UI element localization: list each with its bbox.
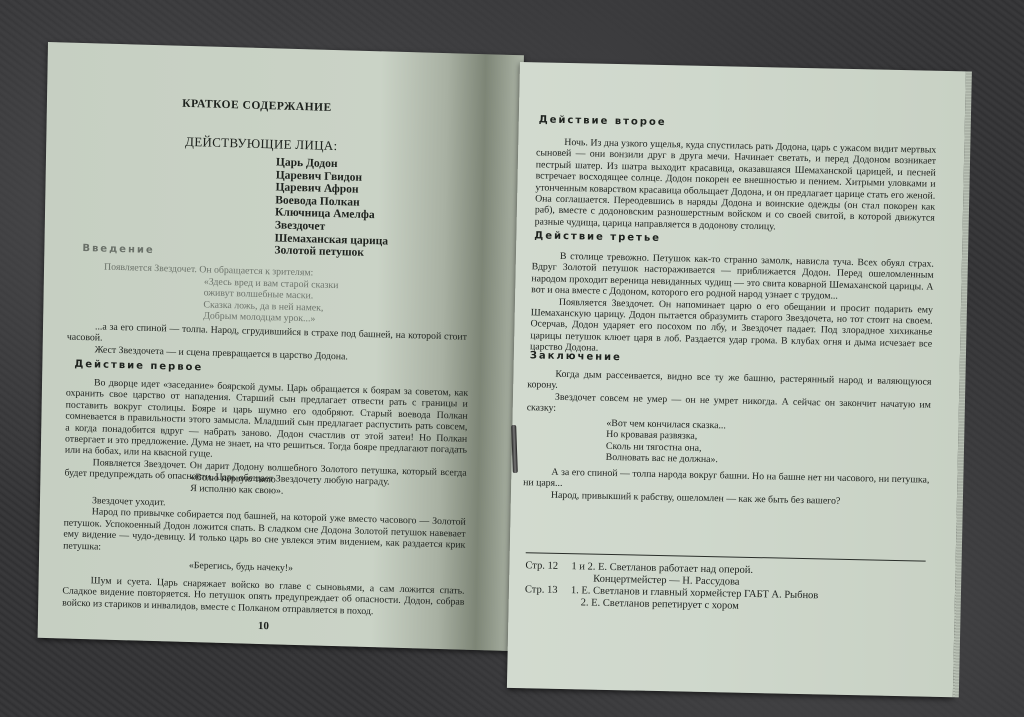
verse-line: Я исполню как свою».	[190, 483, 283, 497]
act3-body: В столице тревожно. Петушок как-то стран…	[530, 250, 934, 361]
summary-title: КРАТКОЕ СОДЕРЖАНИЕ	[47, 94, 467, 118]
right-page: Действие второе Ночь. Из дна узкого ущел…	[507, 62, 966, 697]
caption-page-ref: Стр. 13	[525, 584, 571, 609]
act1-body-2: Звездочет уходит. Народ по привычке соби…	[63, 495, 466, 563]
cast-heading: ДЕЙСТВУЮЩИЕ ЛИЦА:	[46, 132, 476, 156]
act2-paragraph: Ночь. Из дна узкого ущелья, куда спустил…	[535, 136, 937, 236]
conclusion-body-2: А за его спиной — толпа народа вокруг ба…	[523, 466, 930, 509]
act1-verse-2: «Берегись, будь начеку!»	[189, 560, 293, 574]
caption-row: Стр. 13 1. Е. Светланов и главный хормей…	[525, 584, 819, 614]
conclusion-body: Когда дым рассеивается, видно все ту же …	[527, 368, 932, 422]
act3-heading: Действие третье	[534, 230, 661, 245]
caption-page-ref: Стр. 12	[525, 560, 571, 585]
photo-captions: Стр. 12 1 и 2. Е. Светланов работает над…	[525, 560, 819, 614]
left-page: КРАТКОЕ СОДЕРЖАНИЕ ДЕЙСТВУЮЩИЕ ЛИЦА: Цар…	[38, 42, 524, 651]
caption-divider	[526, 552, 926, 561]
page-number: 10	[258, 620, 269, 632]
act1-body-3: Шум и суета. Царь снаряжает войско во гл…	[62, 574, 465, 619]
act2-body: Ночь. Из дна узкого ущелья, куда спустил…	[535, 136, 937, 236]
act1-paragraph: Во дворце идет «заседание» боярской думы…	[65, 377, 468, 468]
intro-heading: Введение	[82, 243, 154, 257]
cast-list: Царь Додон Царевич Гвидон Царевич Афрон …	[274, 156, 389, 260]
conclusion-verse: «Вот чем кончилася сказка... Но кровавая…	[606, 418, 726, 466]
act1-paragraph: Шум и суета. Царь снаряжает войско во гл…	[62, 574, 465, 619]
conclusion-heading: Заключение	[530, 350, 622, 364]
act3-paragraph: В столице тревожно. Петушок как-то стран…	[531, 250, 934, 304]
intro-body: ...а за его спиной — толпа. Народ, сгруд…	[67, 321, 468, 366]
intro-verse: «Здесь вред и вам старой сказки оживут в…	[203, 276, 338, 325]
act1-heading: Действие первое	[74, 359, 203, 375]
verse-line: Волновать вас не должна».	[606, 452, 726, 466]
act1-verse: «Волю первую твою Я исполню как свою».	[190, 472, 284, 497]
act2-heading: Действие второе	[539, 114, 667, 129]
